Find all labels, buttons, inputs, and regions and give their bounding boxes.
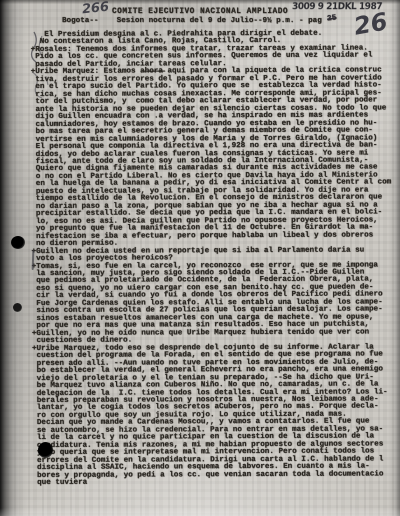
scanned-document-page: 266 3009 9 21DKL 1987 26 COMITE EJECUTIV… <box>0 0 400 516</box>
handwritten-number-top-left: 266 <box>81 0 110 17</box>
ink-blot <box>11 236 25 249</box>
ink-blot <box>13 303 22 312</box>
scan-edge-shadow-left <box>0 0 28 516</box>
document-title: COMITE EJECUTIVO NACIONAL AMPLIADO <box>112 8 288 16</box>
typed-line: que tuviera <box>28 479 393 488</box>
body-text: El Presidium desgina al c. Piedrahita pa… <box>26 30 393 487</box>
document-subtitle: Bogota-- Sesion nocturna del 9 de Julio-… <box>62 17 322 25</box>
ink-blot <box>38 442 53 458</box>
scan-edge-highlight-bottom <box>0 508 400 516</box>
crossed-out-page-number: 25 <box>326 13 337 23</box>
